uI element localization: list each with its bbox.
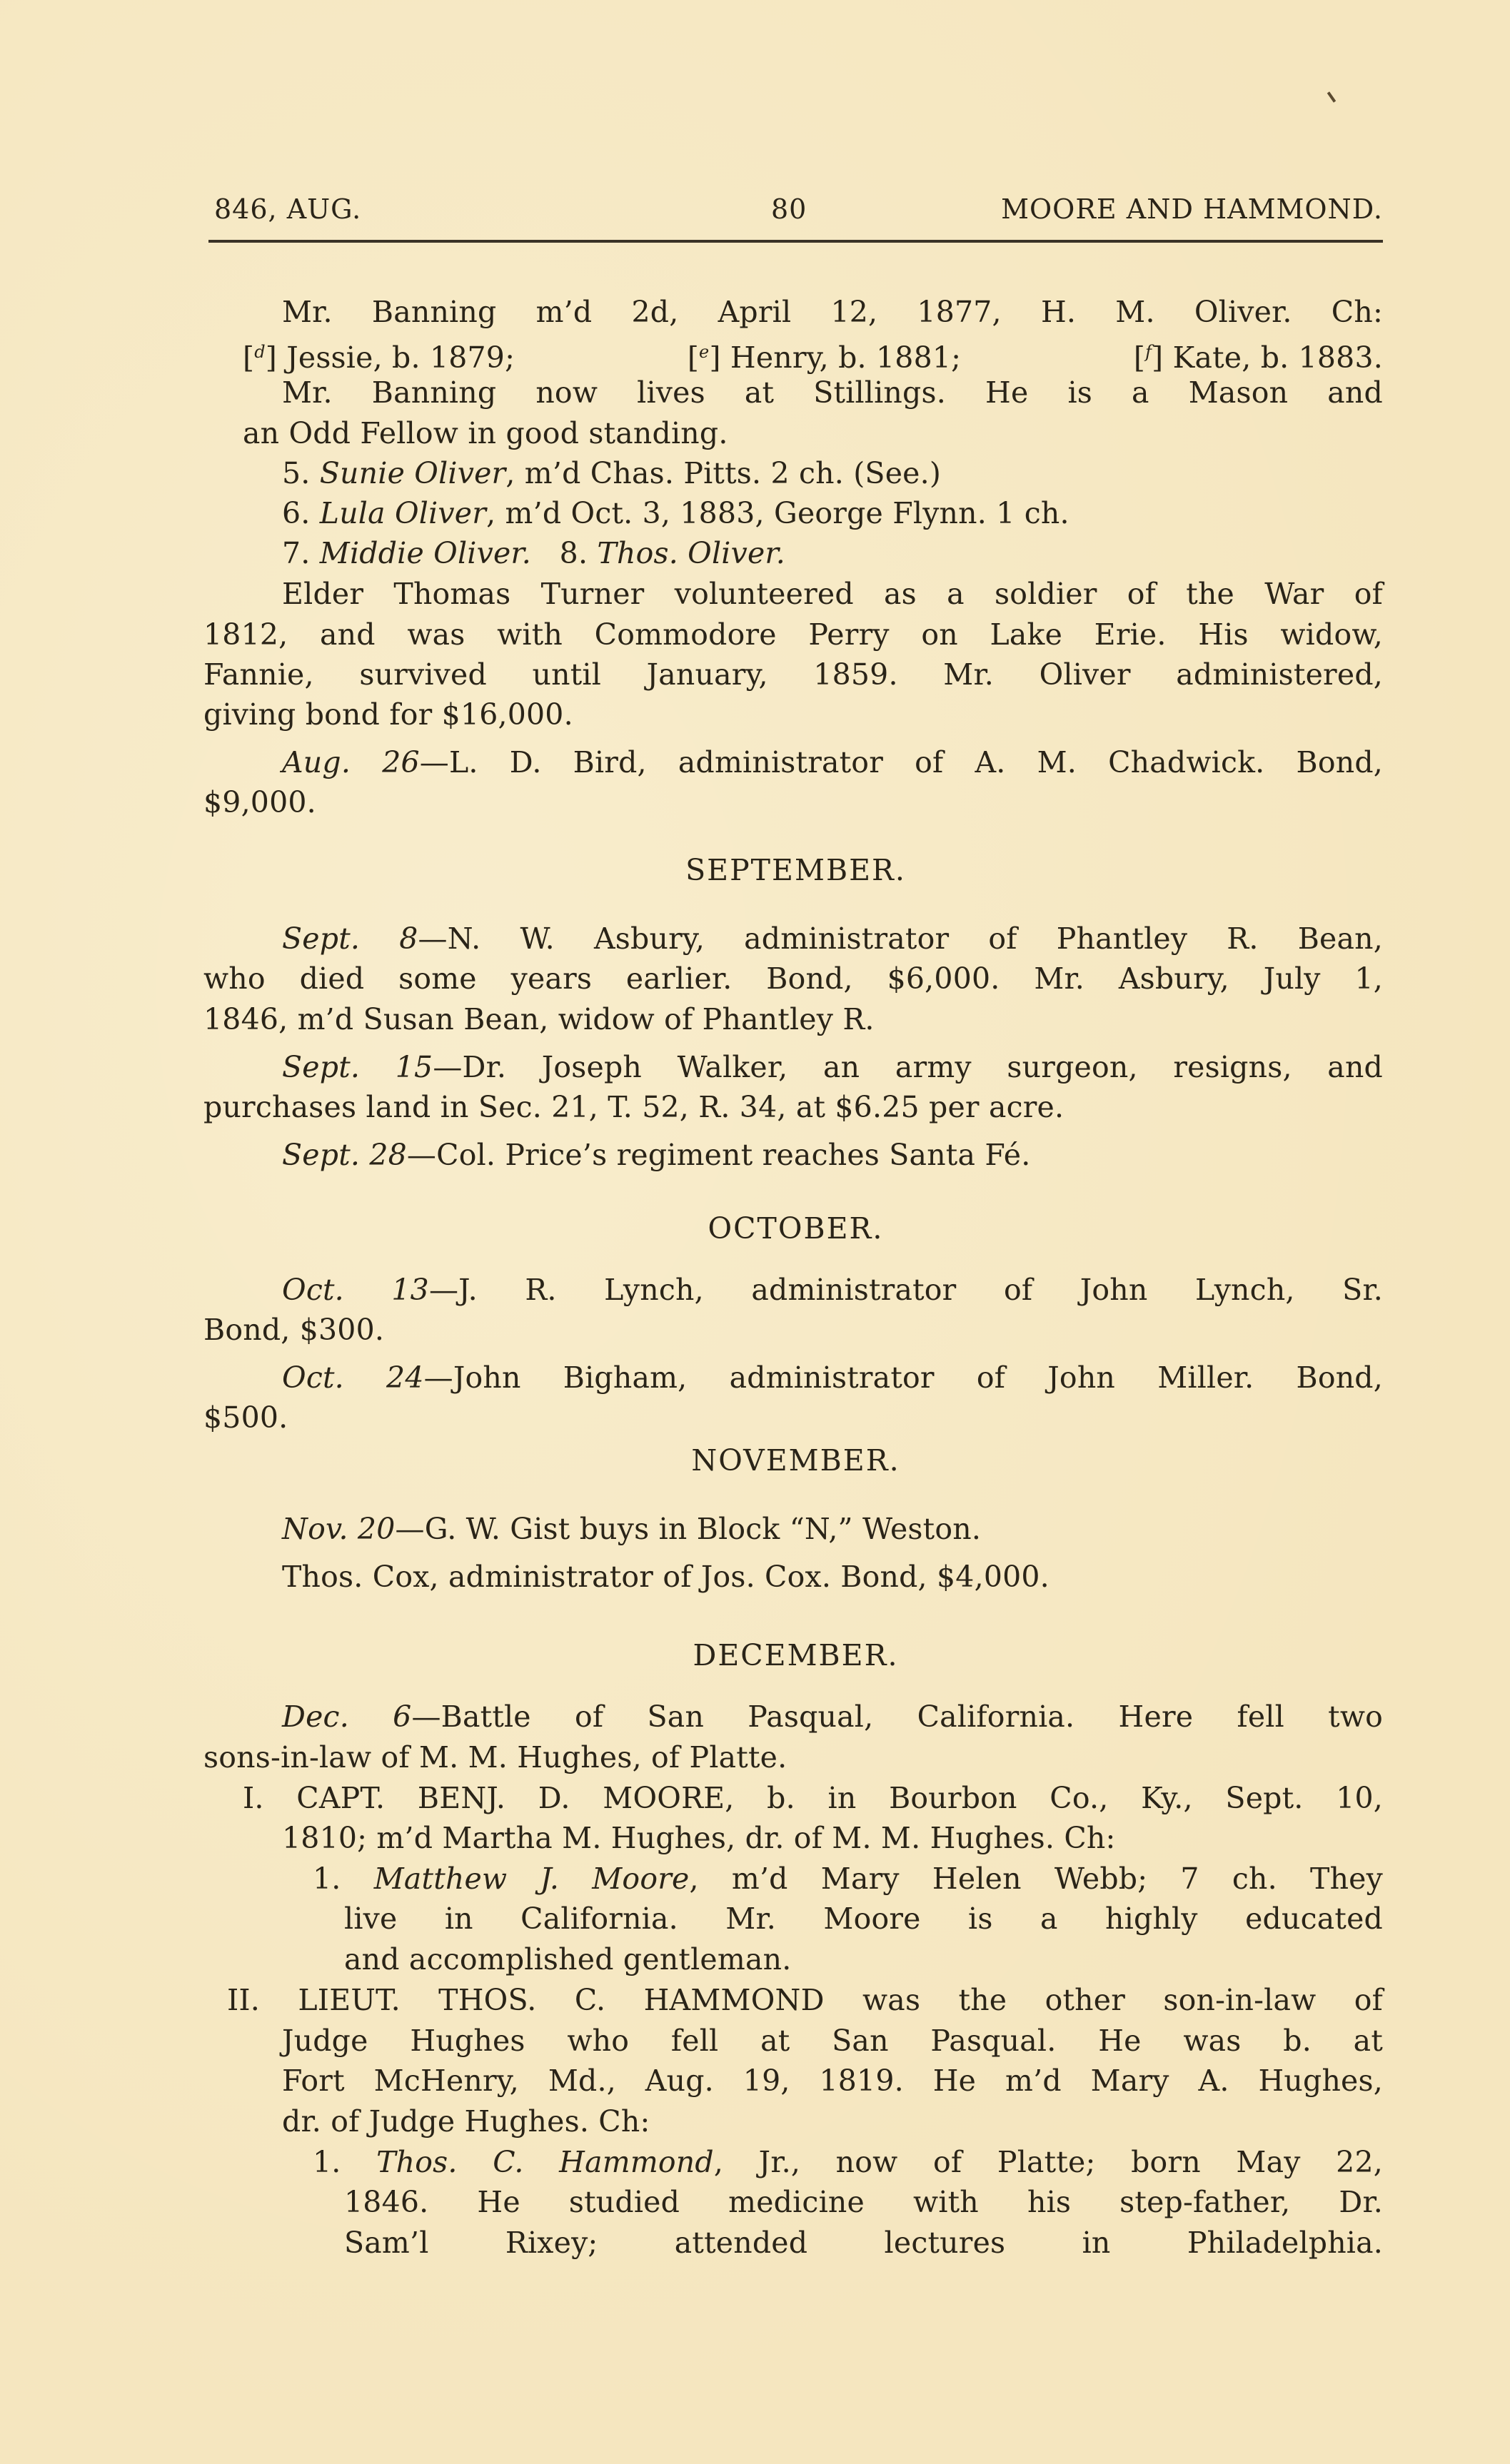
entry-oct-13: Oct. 13—J. R. Lynch, administrator of Jo…: [282, 1272, 1383, 1308]
month-heading-october: OCTOBER.: [208, 1211, 1383, 1246]
text-line: an Odd Fellow in good standing.: [243, 415, 728, 451]
text-line: Sam’l Rixey; attended lectures in Philad…: [344, 2225, 1383, 2261]
text-line: Fannie, survived until January, 1859. Mr…: [203, 657, 1383, 692]
list-item-5: 5. Sunie Oliver, m’d Chas. Pitts. 2 ch. …: [282, 455, 941, 491]
text-line: and accomplished gentleman.: [344, 1942, 791, 1977]
child-thos-hammond-jr: 1. Thos. C. Hammond, Jr., now of Platte;…: [313, 2144, 1383, 2180]
text-line: $9,000.: [203, 784, 316, 820]
text-line: Fort McHenry, Md., Aug. 19, 1819. He m’d…: [282, 2063, 1383, 2099]
text-line: Judge Hughes who fell at San Pasqual. He…: [282, 2023, 1383, 2059]
stray-mark: [1327, 91, 1336, 102]
child-f: [f] Kate, b. 1883.: [1134, 334, 1383, 375]
page-number: 80: [771, 191, 807, 227]
entry-oct-24: Oct. 24—John Bigham, administrator of Jo…: [282, 1360, 1383, 1395]
book-page: 846, AUG. 80 MOORE AND HAMMOND. Mr. Bann…: [0, 0, 1510, 2464]
child-matthew-moore: 1. Matthew J. Moore, m’d Mary Helen Webb…: [313, 1861, 1383, 1897]
text-line: who died some years earlier. Bond, $6,00…: [203, 961, 1383, 996]
list-item-6: 6. Lula Oliver, m’d Oct. 3, 1883, George…: [282, 495, 1069, 531]
header-right: MOORE AND HAMMOND.: [935, 191, 1383, 227]
child-d: [d] Jessie, b. 1879;: [243, 334, 515, 375]
entry-aug-26: Aug. 26—L. D. Bird, administrator of A. …: [282, 744, 1383, 780]
child-e: [e] Henry, b. 1881;: [688, 334, 961, 375]
text-line: 1846, m’d Susan Bean, widow of Phantley …: [203, 1001, 875, 1037]
month-heading-september: SEPTEMBER.: [208, 852, 1383, 888]
entry-dec-6: Dec. 6—Battle of San Pasqual, California…: [282, 1699, 1383, 1735]
text-line: Elder Thomas Turner volunteered as a sol…: [282, 576, 1383, 612]
entry-sept-28: Sept. 28—Col. Price’s regiment reaches S…: [282, 1137, 1030, 1173]
entry-capt-moore: I. CAPT. BENJ. D. MOORE, b. in Bourbon C…: [243, 1780, 1383, 1816]
text-line: $500.: [203, 1400, 288, 1435]
entry-sept-8: Sept. 8—N. W. Asbury, administrator of P…: [282, 921, 1383, 956]
entry-sept-15: Sept. 15—Dr. Joseph Walker, an army surg…: [282, 1049, 1383, 1085]
text-line: giving bond for $16,000.: [203, 697, 573, 732]
header-rule: [208, 240, 1383, 243]
children-line: [d] Jessie, b. 1879; [e] Henry, b. 1881;…: [243, 334, 1383, 375]
text-line: Bond, $300.: [203, 1312, 384, 1348]
text-line: dr. of Judge Hughes. Ch:: [282, 2104, 650, 2139]
header-left: 846, AUG.: [214, 191, 361, 227]
month-heading-november: NOVEMBER.: [208, 1443, 1383, 1478]
month-heading-december: DECEMBER.: [208, 1637, 1383, 1673]
text-line: Thos. Cox, administrator of Jos. Cox. Bo…: [282, 1559, 1050, 1595]
entry-lieut-hammond: II. LIEUT. THOS. C. HAMMOND was the othe…: [227, 1982, 1383, 2018]
list-item-7-8: 7. Middie Oliver. 8. Thos. Oliver.: [282, 535, 785, 571]
text-line: live in California. Mr. Moore is a highl…: [344, 1901, 1383, 1937]
text-line: 1810; m’d Martha M. Hughes, dr. of M. M.…: [282, 1820, 1116, 1856]
text-line: 1812, and was with Commodore Perry on La…: [203, 617, 1383, 652]
text-line: 1846. He studied medicine with his step-…: [344, 2184, 1383, 2220]
text-line: Mr. Banning m’d 2d, April 12, 1877, H. M…: [282, 294, 1383, 330]
entry-nov-20: Nov. 20—G. W. Gist buys in Block “N,” We…: [282, 1511, 981, 1547]
text-line: sons-in-law of M. M. Hughes, of Platte.: [203, 1740, 787, 1775]
text-line: Mr. Banning now lives at Stillings. He i…: [282, 375, 1383, 410]
text-line: purchases land in Sec. 21, T. 52, R. 34,…: [203, 1089, 1064, 1125]
